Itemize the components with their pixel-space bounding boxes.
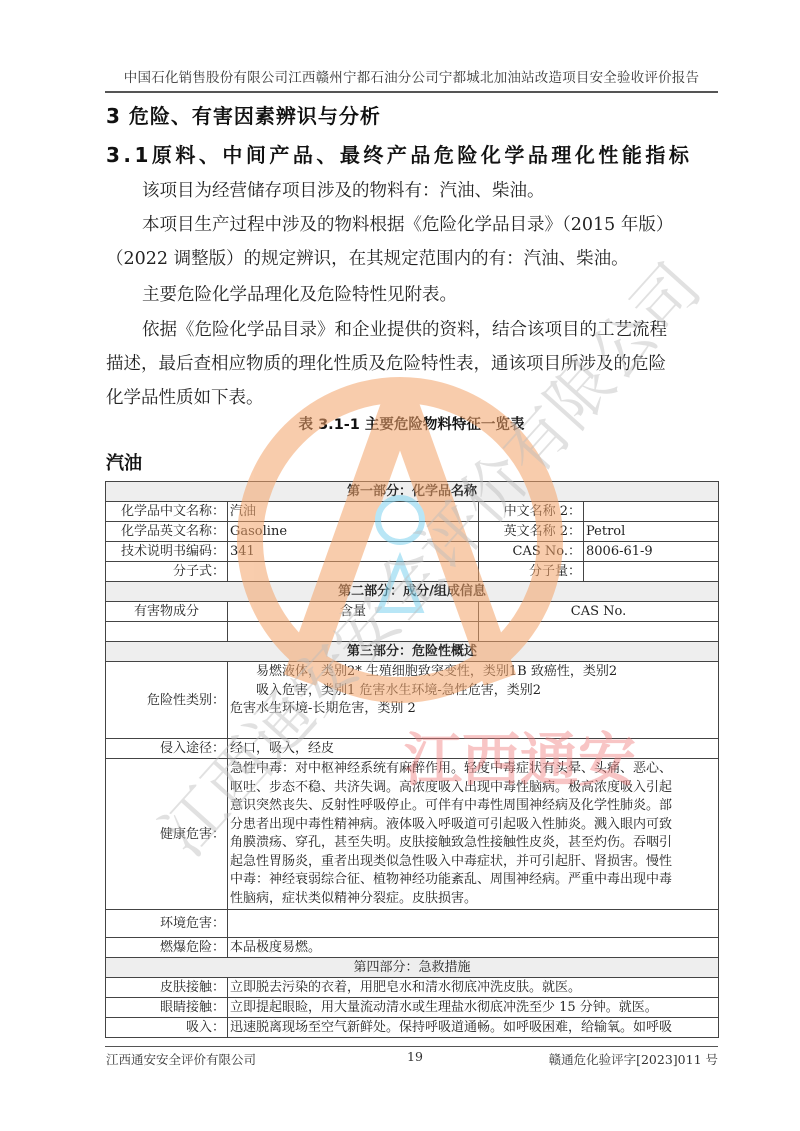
document-number: 赣通危化验评字[2023]011 号 <box>549 1050 718 1068</box>
table-row: 燃爆危险： 本品极度易燃。 <box>106 938 719 958</box>
field-value: 本品极度易燃。 <box>228 938 719 958</box>
field-value: 汽油 <box>228 502 479 522</box>
paragraph-line: 依据《危险化学品目录》和企业提供的资料，结合该项目的工艺流程 <box>106 313 718 347</box>
field-value: Gasoline <box>228 522 479 542</box>
section-header: 第四部分：急救措施 <box>106 958 719 978</box>
field-label: 英文名称 2： <box>479 522 584 542</box>
field-label: 侵入途径： <box>106 739 228 759</box>
paragraph-line: （2022 调整版）的规定辨识，在其规定范围内的有：汽油、柴油。 <box>106 242 718 276</box>
health-line: 性脑病，症状类似精神分裂症。皮肤损害。 <box>230 890 716 909</box>
health-line: 起急性胃肠炎，重者出现类似急性吸入中毒症状，并可引起肝、肾损害。慢性 <box>230 853 716 872</box>
health-line: 急性中毒：对中枢神经系统有麻醉作用。轻度中毒症状有头晕、头痛、恶心、 <box>230 760 716 779</box>
body-paragraph-3: 主要危险化学品理化及危险特性见附表。 <box>106 278 718 312</box>
hazard-line: 危害水生环境-长期危害，类别 2 <box>230 700 716 719</box>
hazard-line: 易燃液体，类别2* 生殖细胞致突变性，类别1B 致癌性，类别2 <box>230 663 716 682</box>
table-cell <box>479 622 719 642</box>
field-value: 341 <box>228 542 479 562</box>
table-row: 技术说明书编码： 341 CAS No.： 8006-61-9 <box>106 542 719 562</box>
table-cell <box>106 622 228 642</box>
field-value <box>584 562 719 582</box>
field-label: 分子量： <box>479 562 584 582</box>
table-row: 危险性类别： 易燃液体，类别2* 生殖细胞致突变性，类别1B 致癌性，类别2 吸… <box>106 662 719 739</box>
field-value: Petrol <box>584 522 719 542</box>
field-label: 皮肤接触： <box>106 978 228 998</box>
page-number: 19 <box>395 1049 435 1064</box>
body-paragraph-2: 本项目生产过程中涉及的物料根据《危险化学品目录》（2015 年版） （2022 … <box>106 208 718 276</box>
column-header: 含量 <box>228 602 479 622</box>
hazard-line: 吸入危害，类别1 危害水生环境-急性危害，类别2 <box>230 682 716 701</box>
document-page: 中国石化销售股份有限公司江西赣州宁都石油分公司宁都城北加油站改造项目安全验收评价… <box>0 0 800 1131</box>
health-line: 呕吐、步态不稳、共济失调。高浓度吸入出现中毒性脑病。极高浓度吸入引起 <box>230 779 716 798</box>
table-row: 吸入： 迅速脱离现场至空气新鲜处。保持呼吸道通畅。如呼吸困难，给输氧。如呼吸 <box>106 1018 719 1038</box>
field-label: 中文名称 2： <box>479 502 584 522</box>
table-cell <box>228 622 479 642</box>
health-line: 分患者出现中毒性精神病。液体吸入呼吸道可引起吸入性肺炎。溅入眼内可致 <box>230 816 716 835</box>
health-line: 意识突然丧失、反射性呼吸停止。可伴有中毒性周围神经病及化学性肺炎。部 <box>230 797 716 816</box>
field-label: 技术说明书编码： <box>106 542 228 562</box>
field-value: 8006-61-9 <box>584 542 719 562</box>
health-line: 角膜溃疡、穿孔，甚至失明。皮肤接触致急性接触性皮炎，甚至灼伤。吞咽引 <box>230 834 716 853</box>
field-value <box>228 910 719 938</box>
table-row <box>106 622 719 642</box>
table-header-row: 有害物成分 含量 CAS No. <box>106 602 719 622</box>
section-header: 第三部分：危险性概述 <box>106 642 719 662</box>
section-row-part3: 第三部分：危险性概述 <box>106 642 719 662</box>
health-hazard-value: 急性中毒：对中枢神经系统有麻醉作用。轻度中毒症状有头晕、头痛、恶心、 呕吐、步态… <box>228 759 719 910</box>
body-paragraph-4: 依据《危险化学品目录》和企业提供的资料，结合该项目的工艺流程 描述，最后查相应物… <box>106 313 718 415</box>
section-title: 3 危险、有害因素辨识与分析 <box>106 100 381 129</box>
field-label: 危险性类别： <box>106 662 228 739</box>
field-value <box>228 562 479 582</box>
paragraph-line: 该项目为经营储存项目涉及的物料有：汽油、柴油。 <box>106 174 718 208</box>
field-label: 健康危害： <box>106 759 228 910</box>
body-paragraph-1: 该项目为经营储存项目涉及的物料有：汽油、柴油。 <box>106 174 718 208</box>
header-divider <box>105 91 718 93</box>
field-label: 眼睛接触： <box>106 998 228 1018</box>
paragraph-line: 本项目生产过程中涉及的物料根据《危险化学品目录》（2015 年版） <box>106 208 718 242</box>
field-value <box>584 502 719 522</box>
section-row-part1: 第一部分：化学品名称 <box>106 482 719 502</box>
section-header: 第一部分：化学品名称 <box>106 482 719 502</box>
field-label: 分子式： <box>106 562 228 582</box>
table-row: 分子式： 分子量： <box>106 562 719 582</box>
section-row-part4: 第四部分：急救措施 <box>106 958 719 978</box>
footer-divider <box>105 1046 718 1047</box>
paragraph-line: 化学品性质如下表。 <box>106 381 718 415</box>
health-line: 中毒：神经衰弱综合征、植物神经功能紊乱、周围神经病。严重中毒出现中毒 <box>230 871 716 890</box>
table-row: 侵入途径： 经口，吸入，经皮 <box>106 739 719 759</box>
table-caption: 表 3.1-1 主要危险物料特征一览表 <box>105 413 718 434</box>
table-row: 化学品英文名称： Gasoline 英文名称 2： Petrol <box>106 522 719 542</box>
table-row: 健康危害： 急性中毒：对中枢神经系统有麻醉作用。轻度中毒症状有头晕、头痛、恶心、… <box>106 759 719 910</box>
hazard-class-value: 易燃液体，类别2* 生殖细胞致突变性，类别1B 致癌性，类别2 吸入危害，类别1… <box>228 662 719 739</box>
field-label: 吸入： <box>106 1018 228 1038</box>
table-row: 皮肤接触： 立即脱去污染的衣着，用肥皂水和清水彻底冲洗皮肤。就医。 <box>106 978 719 998</box>
table-row: 环境危害： <box>106 910 719 938</box>
field-label: CAS No.： <box>479 542 584 562</box>
table-row: 化学品中文名称： 汽油 中文名称 2： <box>106 502 719 522</box>
field-label: 化学品英文名称： <box>106 522 228 542</box>
table-row: 眼睛接触： 立即提起眼睑，用大量流动清水或生理盐水彻底冲洗至少 15 分钟。就医… <box>106 998 719 1018</box>
paragraph-line: 描述，最后查相应物质的理化性质及危险特性表，通该项目所涉及的危险 <box>106 347 718 381</box>
field-label: 燃爆危险： <box>106 938 228 958</box>
msds-table: 第一部分：化学品名称 化学品中文名称： 汽油 中文名称 2： 化学品英文名称： … <box>105 481 719 1038</box>
column-header: CAS No. <box>479 602 719 622</box>
section-header: 第二部分：成分/组成信息 <box>106 582 719 602</box>
field-value: 立即脱去污染的衣着，用肥皂水和清水彻底冲洗皮肤。就医。 <box>228 978 719 998</box>
paragraph-line: 主要危险化学品理化及危险特性见附表。 <box>106 278 718 312</box>
running-header: 中国石化销售股份有限公司江西赣州宁都石油分公司宁都城北加油站改造项目安全验收评价… <box>105 66 718 86</box>
column-header: 有害物成分 <box>106 602 228 622</box>
material-heading: 汽油 <box>106 449 142 475</box>
field-value: 迅速脱离现场至空气新鲜处。保持呼吸道通畅。如呼吸困难，给输氧。如呼吸 <box>228 1018 719 1038</box>
field-value: 立即提起眼睑，用大量流动清水或生理盐水彻底冲洗至少 15 分钟。就医。 <box>228 998 719 1018</box>
footer-company: 江西通安安全评价有限公司 <box>106 1050 256 1068</box>
field-label: 环境危害： <box>106 910 228 938</box>
field-label: 化学品中文名称： <box>106 502 228 522</box>
section-row-part2: 第二部分：成分/组成信息 <box>106 582 719 602</box>
subsection-title: 3.1原料、中间产品、最终产品危险化学品理化性能指标 <box>106 139 692 168</box>
field-value: 经口，吸入，经皮 <box>228 739 719 759</box>
